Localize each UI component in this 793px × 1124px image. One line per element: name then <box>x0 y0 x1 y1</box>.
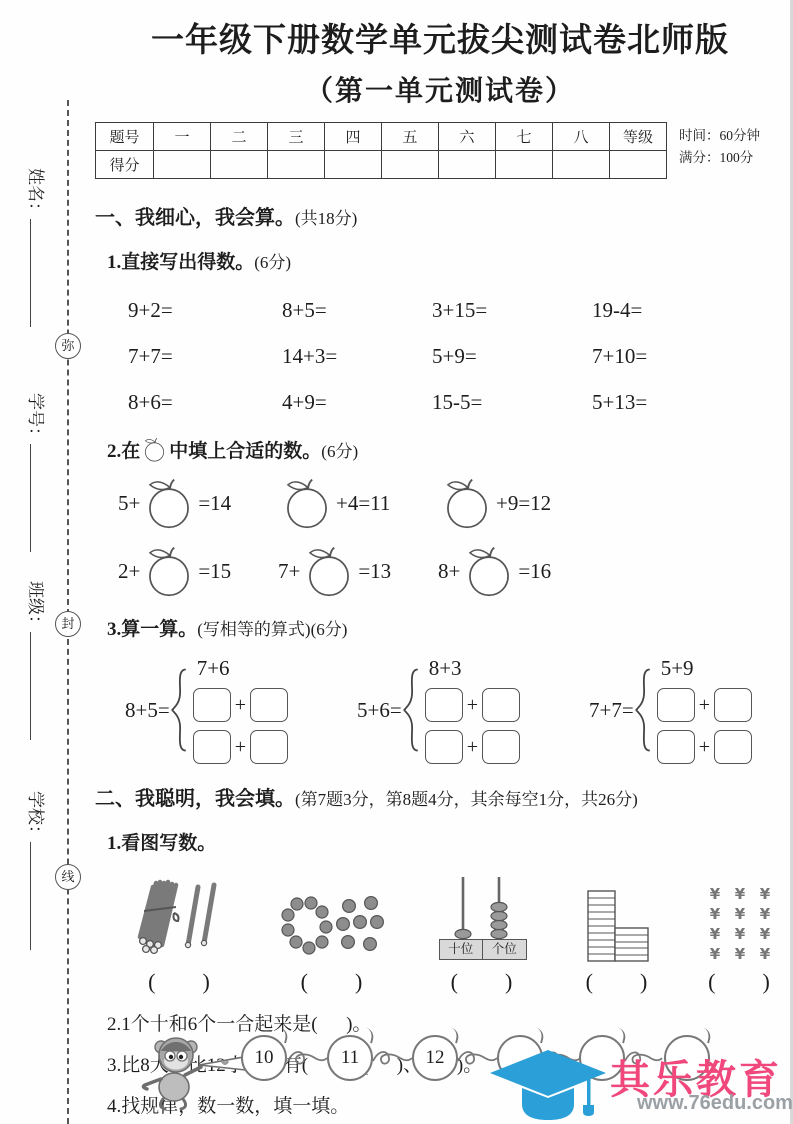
answer-box <box>657 688 695 722</box>
score-table-area: 题号 一 二 三 四 五 六 七 八 等级 得分 <box>95 122 785 184</box>
answer-box <box>193 688 231 722</box>
seal-char-xian: 线 <box>55 864 81 890</box>
apple-icon <box>143 475 195 531</box>
yen-icon: ¥ <box>757 925 773 943</box>
count-pictures-row: ( ) ( ) <box>125 871 780 995</box>
sequence-circle: 12 <box>412 1035 458 1081</box>
paper-subtitle: （第一单元测试卷） <box>95 69 785 109</box>
sequence-circle: 10 <box>241 1035 287 1081</box>
score-header-cell: 八 <box>553 123 610 151</box>
beads-figure <box>277 871 389 963</box>
yen-icon: ¥ <box>707 885 723 903</box>
equation-suffix: =15 <box>198 559 231 584</box>
answer-box <box>482 730 520 764</box>
q2-apple-grid: 5+=14 +4=11 +9=12 2+=15 7+=13 8+=16 <box>118 475 785 599</box>
equation-prefix: 5+ <box>118 491 140 516</box>
math-problem: 4+9= <box>282 390 432 415</box>
mascot-monkey-icon <box>137 1025 262 1120</box>
s2q1-label-text: 1.看图写数。 <box>107 828 216 855</box>
q3-points: (写相等的算式)(6分) <box>197 615 347 640</box>
time-score-info: 时间：60分钟 满分：100分 <box>679 125 760 169</box>
apple-equation: 7+=13 <box>278 543 438 599</box>
score-header-cell: 四 <box>325 123 382 151</box>
seal-student-id-label: 学号： <box>25 393 50 444</box>
q1-label: 1.直接写出得数。(6分) <box>107 247 785 274</box>
equation-suffix: =16 <box>518 559 551 584</box>
yen-icon: ¥ <box>707 925 723 943</box>
score-empty-cell <box>325 151 382 179</box>
section-two-title: 二、我聪明，我会填。 <box>95 788 295 810</box>
q2-label-pre: 2.在 <box>107 436 140 463</box>
brace-group: 5+6= 8+3 + + <box>357 651 553 769</box>
section-two-heading: 二、我聪明，我会填。(第7题3分，第8题4分，其余每空1分，共26分) <box>95 782 785 811</box>
math-problem: 19-4= <box>592 298 785 323</box>
answer-blank: ( ) <box>586 969 650 995</box>
apple-icon <box>143 543 195 599</box>
seal-student-id-blank <box>30 444 45 552</box>
apple-icon <box>303 543 355 599</box>
picture-sticks: ( ) <box>125 871 235 995</box>
q2-label-post: 中填上合适的数。 <box>169 436 321 463</box>
squiggle-connector <box>371 1049 413 1073</box>
section-one-points: (共18分) <box>295 209 357 228</box>
score-empty-cell <box>268 151 325 179</box>
answer-row: + <box>193 730 288 764</box>
given-expression: 8+3 <box>429 656 520 680</box>
math-problem: 3+15= <box>432 298 592 323</box>
brace-group: 7+7= 5+9 + + <box>589 651 785 769</box>
score-empty-cell <box>154 151 211 179</box>
equation-suffix: +4=11 <box>336 491 390 516</box>
answer-row: + <box>425 688 520 722</box>
given-expression: 5+9 <box>661 656 752 680</box>
yen-icon: ¥ <box>732 945 748 963</box>
equation-prefix: 7+ <box>278 559 300 584</box>
yen-icon: ¥ <box>707 945 723 963</box>
math-problem: 5+13= <box>592 390 785 415</box>
answer-box <box>193 730 231 764</box>
seal-name-field: 姓名： <box>25 168 50 358</box>
paper-title: 一年级下册数学单元拔尖测试卷北师版 <box>95 14 785 61</box>
yen-icon: ¥ <box>757 885 773 903</box>
answer-box <box>250 688 288 722</box>
brace-group: 8+5= 7+6 + + <box>125 651 321 769</box>
apple-equation: +9=12 <box>438 475 785 531</box>
yen-icon: ¥ <box>757 905 773 923</box>
tens-place-label: 十位 <box>440 940 484 959</box>
ones-place-label: 个位 <box>483 940 526 959</box>
score-row-label: 得分 <box>96 151 154 179</box>
sticks-icon <box>130 875 230 963</box>
s2q1-label: 1.看图写数。 <box>107 828 785 855</box>
equation-suffix: +9=12 <box>496 491 551 516</box>
answer-blank: ( ) <box>708 969 772 995</box>
brace-lhs: 8+5= <box>125 698 170 723</box>
time-limit: 时间：60分钟 <box>679 125 760 147</box>
score-header-cell: 二 <box>211 123 268 151</box>
yen-icon: ¥ <box>707 905 723 923</box>
brace-answers: 7+6 + + <box>193 656 288 764</box>
brace-lhs: 5+6= <box>357 698 402 723</box>
answer-box <box>482 688 520 722</box>
answer-row: + <box>425 730 520 764</box>
math-problem: 5+9= <box>432 344 592 369</box>
yen-icon: ¥ <box>732 905 748 923</box>
seal-char-feng: 封 <box>55 611 81 637</box>
beads-icon <box>277 891 389 963</box>
picture-blocks: ( ) <box>575 871 660 995</box>
answer-box <box>714 730 752 764</box>
answer-row: + <box>657 730 752 764</box>
brace-lhs: 7+7= <box>589 698 634 723</box>
score-empty-cell <box>496 151 553 179</box>
math-problem: 8+5= <box>282 298 432 323</box>
score-header-cell: 五 <box>382 123 439 151</box>
seal-name-label: 姓名： <box>25 168 50 219</box>
seal-school-label: 学校： <box>25 791 50 842</box>
apple-icon <box>142 436 167 463</box>
q1-label-text: 1.直接写出得数。 <box>107 247 254 274</box>
graduation-cap-icon <box>486 1046 608 1124</box>
score-header-cell: 三 <box>268 123 325 151</box>
abacus-figure: 十位 个位 <box>437 871 529 963</box>
answer-box <box>714 688 752 722</box>
math-problem: 8+6= <box>128 390 282 415</box>
answer-blank: ( ) <box>451 969 515 995</box>
q1-problem-grid: 9+2= 8+5= 3+15= 19-4= 7+7= 14+3= 5+9= 7+… <box>128 298 785 415</box>
seal-name-blank <box>30 219 45 327</box>
answer-box <box>425 730 463 764</box>
curly-brace-icon <box>170 651 188 769</box>
apple-equation: +4=11 <box>278 475 438 531</box>
equation-prefix: 8+ <box>438 559 460 584</box>
answer-row: + <box>657 688 752 722</box>
seal-student-id-field: 学号： <box>25 393 50 583</box>
score-empty-cell <box>382 151 439 179</box>
brace-answers: 5+9 + + <box>657 656 752 764</box>
apple-icon <box>281 475 333 531</box>
curly-brace-icon <box>402 651 420 769</box>
answer-blank: ( ) <box>148 969 212 995</box>
score-empty-cell <box>553 151 610 179</box>
picture-yen: ¥¥¥ ¥¥¥ ¥¥¥ ¥¥¥ ( ) <box>700 871 780 995</box>
score-table-score-row: 得分 <box>96 151 667 179</box>
answer-box <box>425 688 463 722</box>
seal-school-blank <box>30 842 45 950</box>
apple-equation: 2+=15 <box>118 543 278 599</box>
plus-sign: + <box>699 694 710 717</box>
math-problem: 15-5= <box>432 390 592 415</box>
sequence-circle: 11 <box>327 1035 373 1081</box>
equation-prefix: 2+ <box>118 559 140 584</box>
math-problem: 7+7= <box>128 344 282 369</box>
q3-label-text: 3.算一算。 <box>107 614 197 641</box>
score-header-cell: 一 <box>154 123 211 151</box>
full-score: 满分：100分 <box>679 147 760 169</box>
apple-icon <box>463 543 515 599</box>
squiggle-connector <box>286 1049 328 1073</box>
math-problem: 7+10= <box>592 344 785 369</box>
math-problem: 9+2= <box>128 298 282 323</box>
math-problem: 14+3= <box>282 344 432 369</box>
answer-box <box>250 730 288 764</box>
score-header-cell: 题号 <box>96 123 154 151</box>
q3-brace-groups: 8+5= 7+6 + + 5+6= 8+3 + + 7+7= <box>125 651 785 769</box>
watermark-url: www.76edu.com <box>637 1092 793 1115</box>
abacus-rods-icon <box>437 875 529 939</box>
paper-body: 一年级下册数学单元拔尖测试卷北师版 （第一单元测试卷） 题号 一 二 三 四 五… <box>95 0 785 1118</box>
score-empty-cell <box>439 151 496 179</box>
plus-sign: + <box>235 694 246 717</box>
seal-class-label: 班级： <box>25 581 50 632</box>
plus-sign: + <box>699 736 710 759</box>
answer-box <box>657 730 695 764</box>
abacus-base-labels: 十位 个位 <box>439 939 527 960</box>
section-one-heading: 一、我细心，我会算。(共18分) <box>95 201 785 230</box>
yen-icon: ¥ <box>732 885 748 903</box>
q3-label: 3.算一算。(写相等的算式)(6分) <box>107 614 785 641</box>
picture-beads: ( ) <box>275 871 390 995</box>
brace-answers: 8+3 + + <box>425 656 520 764</box>
blocks-figure <box>586 871 650 963</box>
test-paper-page: 姓名： 学号： 班级： 学校： 弥 封 线 一年级下册数学单元拔尖测试卷北师版 … <box>0 0 793 1124</box>
score-table: 题号 一 二 三 四 五 六 七 八 等级 得分 <box>95 122 667 179</box>
curly-brace-icon <box>634 651 652 769</box>
score-empty-cell <box>211 151 268 179</box>
yen-symbol-grid: ¥¥¥ ¥¥¥ ¥¥¥ ¥¥¥ <box>707 885 773 963</box>
apple-equation: 5+=14 <box>118 475 278 531</box>
q1-points: (6分) <box>254 248 291 273</box>
yen-icon: ¥ <box>757 945 773 963</box>
plus-sign: + <box>467 694 478 717</box>
yen-icon: ¥ <box>732 925 748 943</box>
section-one-title: 一、我细心，我会算。 <box>95 207 295 229</box>
seal-class-blank <box>30 632 45 740</box>
blocks-icon <box>586 887 650 963</box>
q2-label: 2.在 中填上合适的数。(6分) <box>107 436 785 463</box>
equation-suffix: =14 <box>198 491 231 516</box>
answer-blank: ( ) <box>301 969 365 995</box>
section-two-points: (第7题3分，第8题4分，其余每空1分，共26分) <box>295 790 638 809</box>
score-header-cell: 六 <box>439 123 496 151</box>
apple-equation: 8+=16 <box>438 543 785 599</box>
plus-sign: + <box>467 736 478 759</box>
seal-school-field: 学校： <box>25 791 50 981</box>
picture-abacus: 十位 个位 ( ) <box>430 871 535 995</box>
seal-class-field: 班级： <box>25 581 50 771</box>
sticks-figure <box>130 871 230 963</box>
answer-row: + <box>193 688 288 722</box>
yen-figure: ¥¥¥ ¥¥¥ ¥¥¥ ¥¥¥ <box>707 871 773 963</box>
score-header-cell: 七 <box>496 123 553 151</box>
score-empty-cell <box>610 151 667 179</box>
score-header-cell: 等级 <box>610 123 667 151</box>
equation-suffix: =13 <box>358 559 391 584</box>
score-table-header-row: 题号 一 二 三 四 五 六 七 八 等级 <box>96 123 667 151</box>
given-expression: 7+6 <box>197 656 288 680</box>
q2-points: (6分) <box>321 437 358 462</box>
seal-char-mi: 弥 <box>55 333 81 359</box>
apple-icon <box>441 475 493 531</box>
plus-sign: + <box>235 736 246 759</box>
